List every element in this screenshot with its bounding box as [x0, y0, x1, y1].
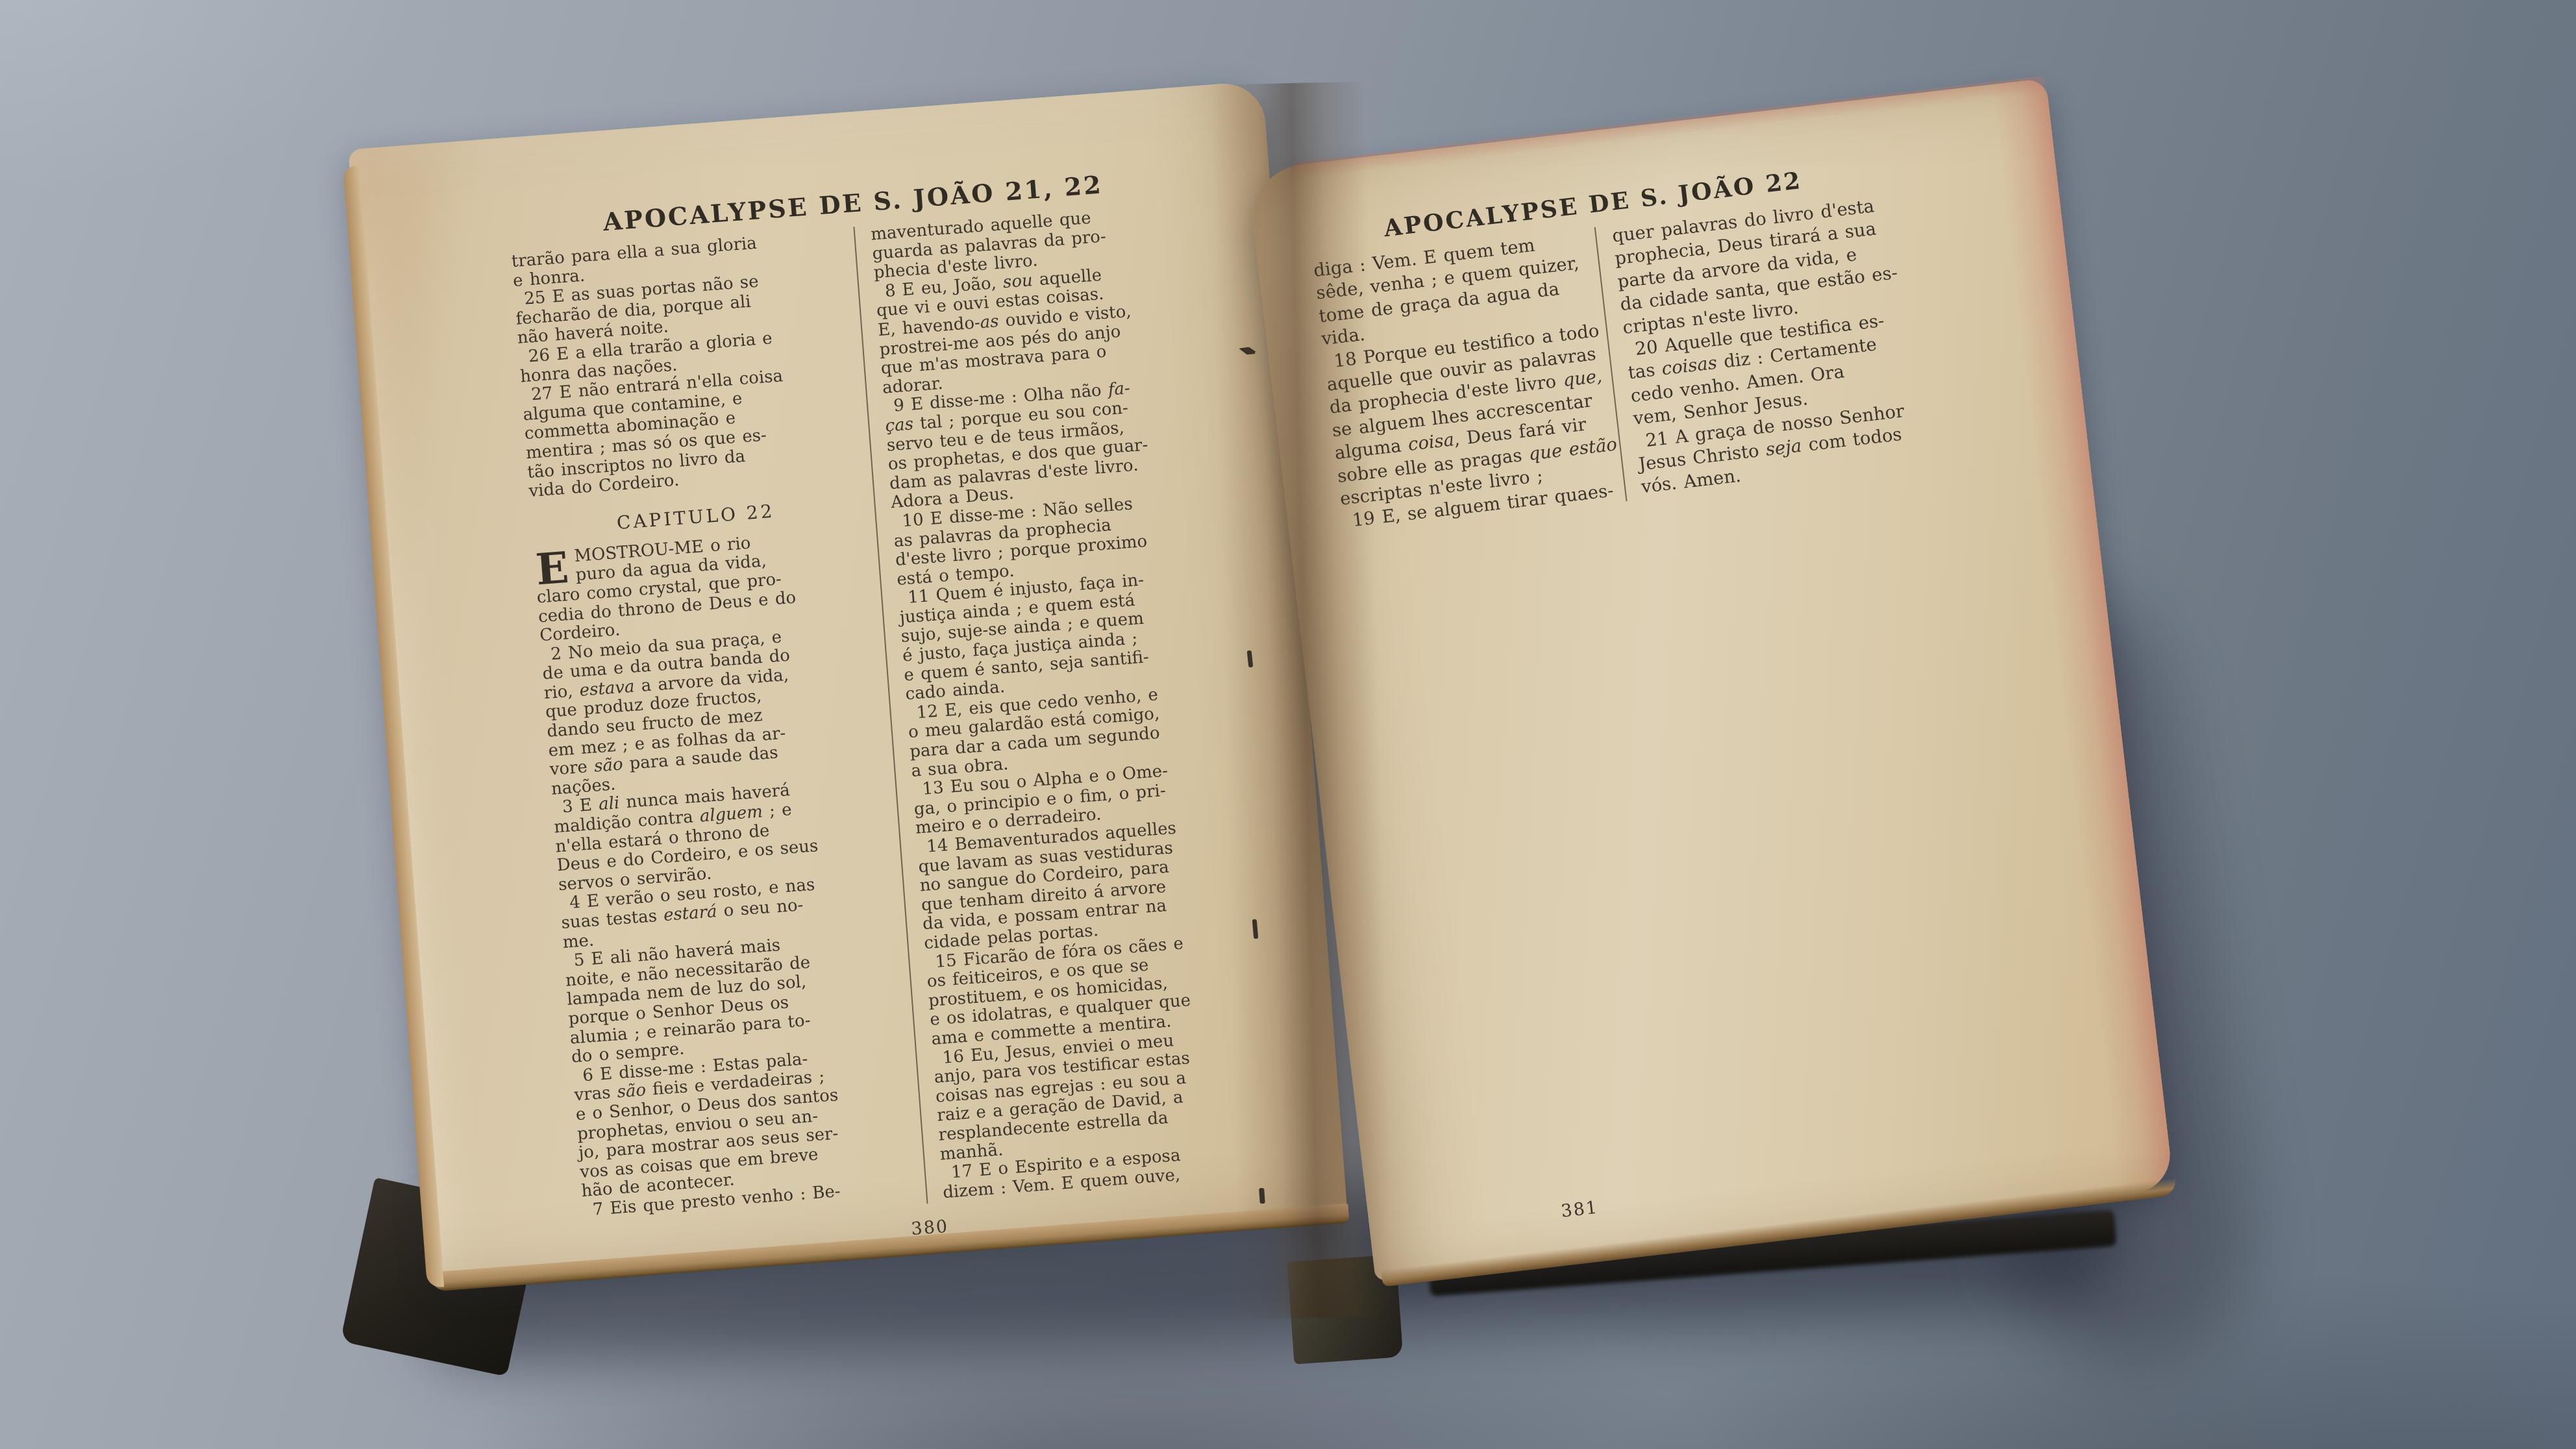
photo-scene: APOCALYPSE DE S. JOÃO 21, 22 trarão para…: [0, 0, 2576, 1449]
right-page-column-2: quer palavras do livro d'estaprophecia, …: [1596, 194, 1911, 501]
left-col1-rest-lines: claro como crystal, que pro-cedia do thr…: [536, 563, 912, 1220]
right-page-top-edge: [1285, 76, 2047, 180]
left-page-columns: trarão para ella a sua gloriae honra.25 …: [511, 201, 1272, 1230]
left-col1-top-lines: trarão para ella a sua gloriae honra.25 …: [511, 228, 858, 502]
right-col2-lines: quer palavras do livro d'estaprophecia, …: [1611, 194, 1911, 499]
right-page: APOCALYPSE DE S. JOÃO 22 diga : Vem. E q…: [1247, 79, 2174, 1282]
right-col1-lines: diga : Vem. E quem temsêde, venha ; e qu…: [1313, 229, 1612, 534]
right-page-column-1: diga : Vem. E quem temsêde, venha ; e qu…: [1313, 227, 1628, 534]
drop-cap-initial: E: [533, 547, 576, 588]
left-page-column-2: maventurado aquelle queguarda as palavra…: [854, 201, 1272, 1204]
left-page: APOCALYPSE DE S. JOÃO 21, 22 trarão para…: [348, 81, 1347, 1284]
left-col2-lines: maventurado aquelle queguarda as palavra…: [870, 201, 1272, 1202]
left-page-left-edge: [343, 166, 444, 1288]
binding-stitch: [1259, 1188, 1265, 1204]
left-page-content: APOCALYPSE DE S. JOÃO 21, 22 trarão para…: [508, 163, 1274, 1264]
right-page-columns: diga : Vem. E quem temsêde, venha ; e qu…: [1313, 194, 1911, 534]
right-page-fore-edge: [1991, 79, 2173, 1195]
page-number-right: 381: [1560, 1197, 1600, 1221]
right-page-content: APOCALYPSE DE S. JOÃO 22 diga : Vem. E q…: [1308, 158, 1910, 534]
